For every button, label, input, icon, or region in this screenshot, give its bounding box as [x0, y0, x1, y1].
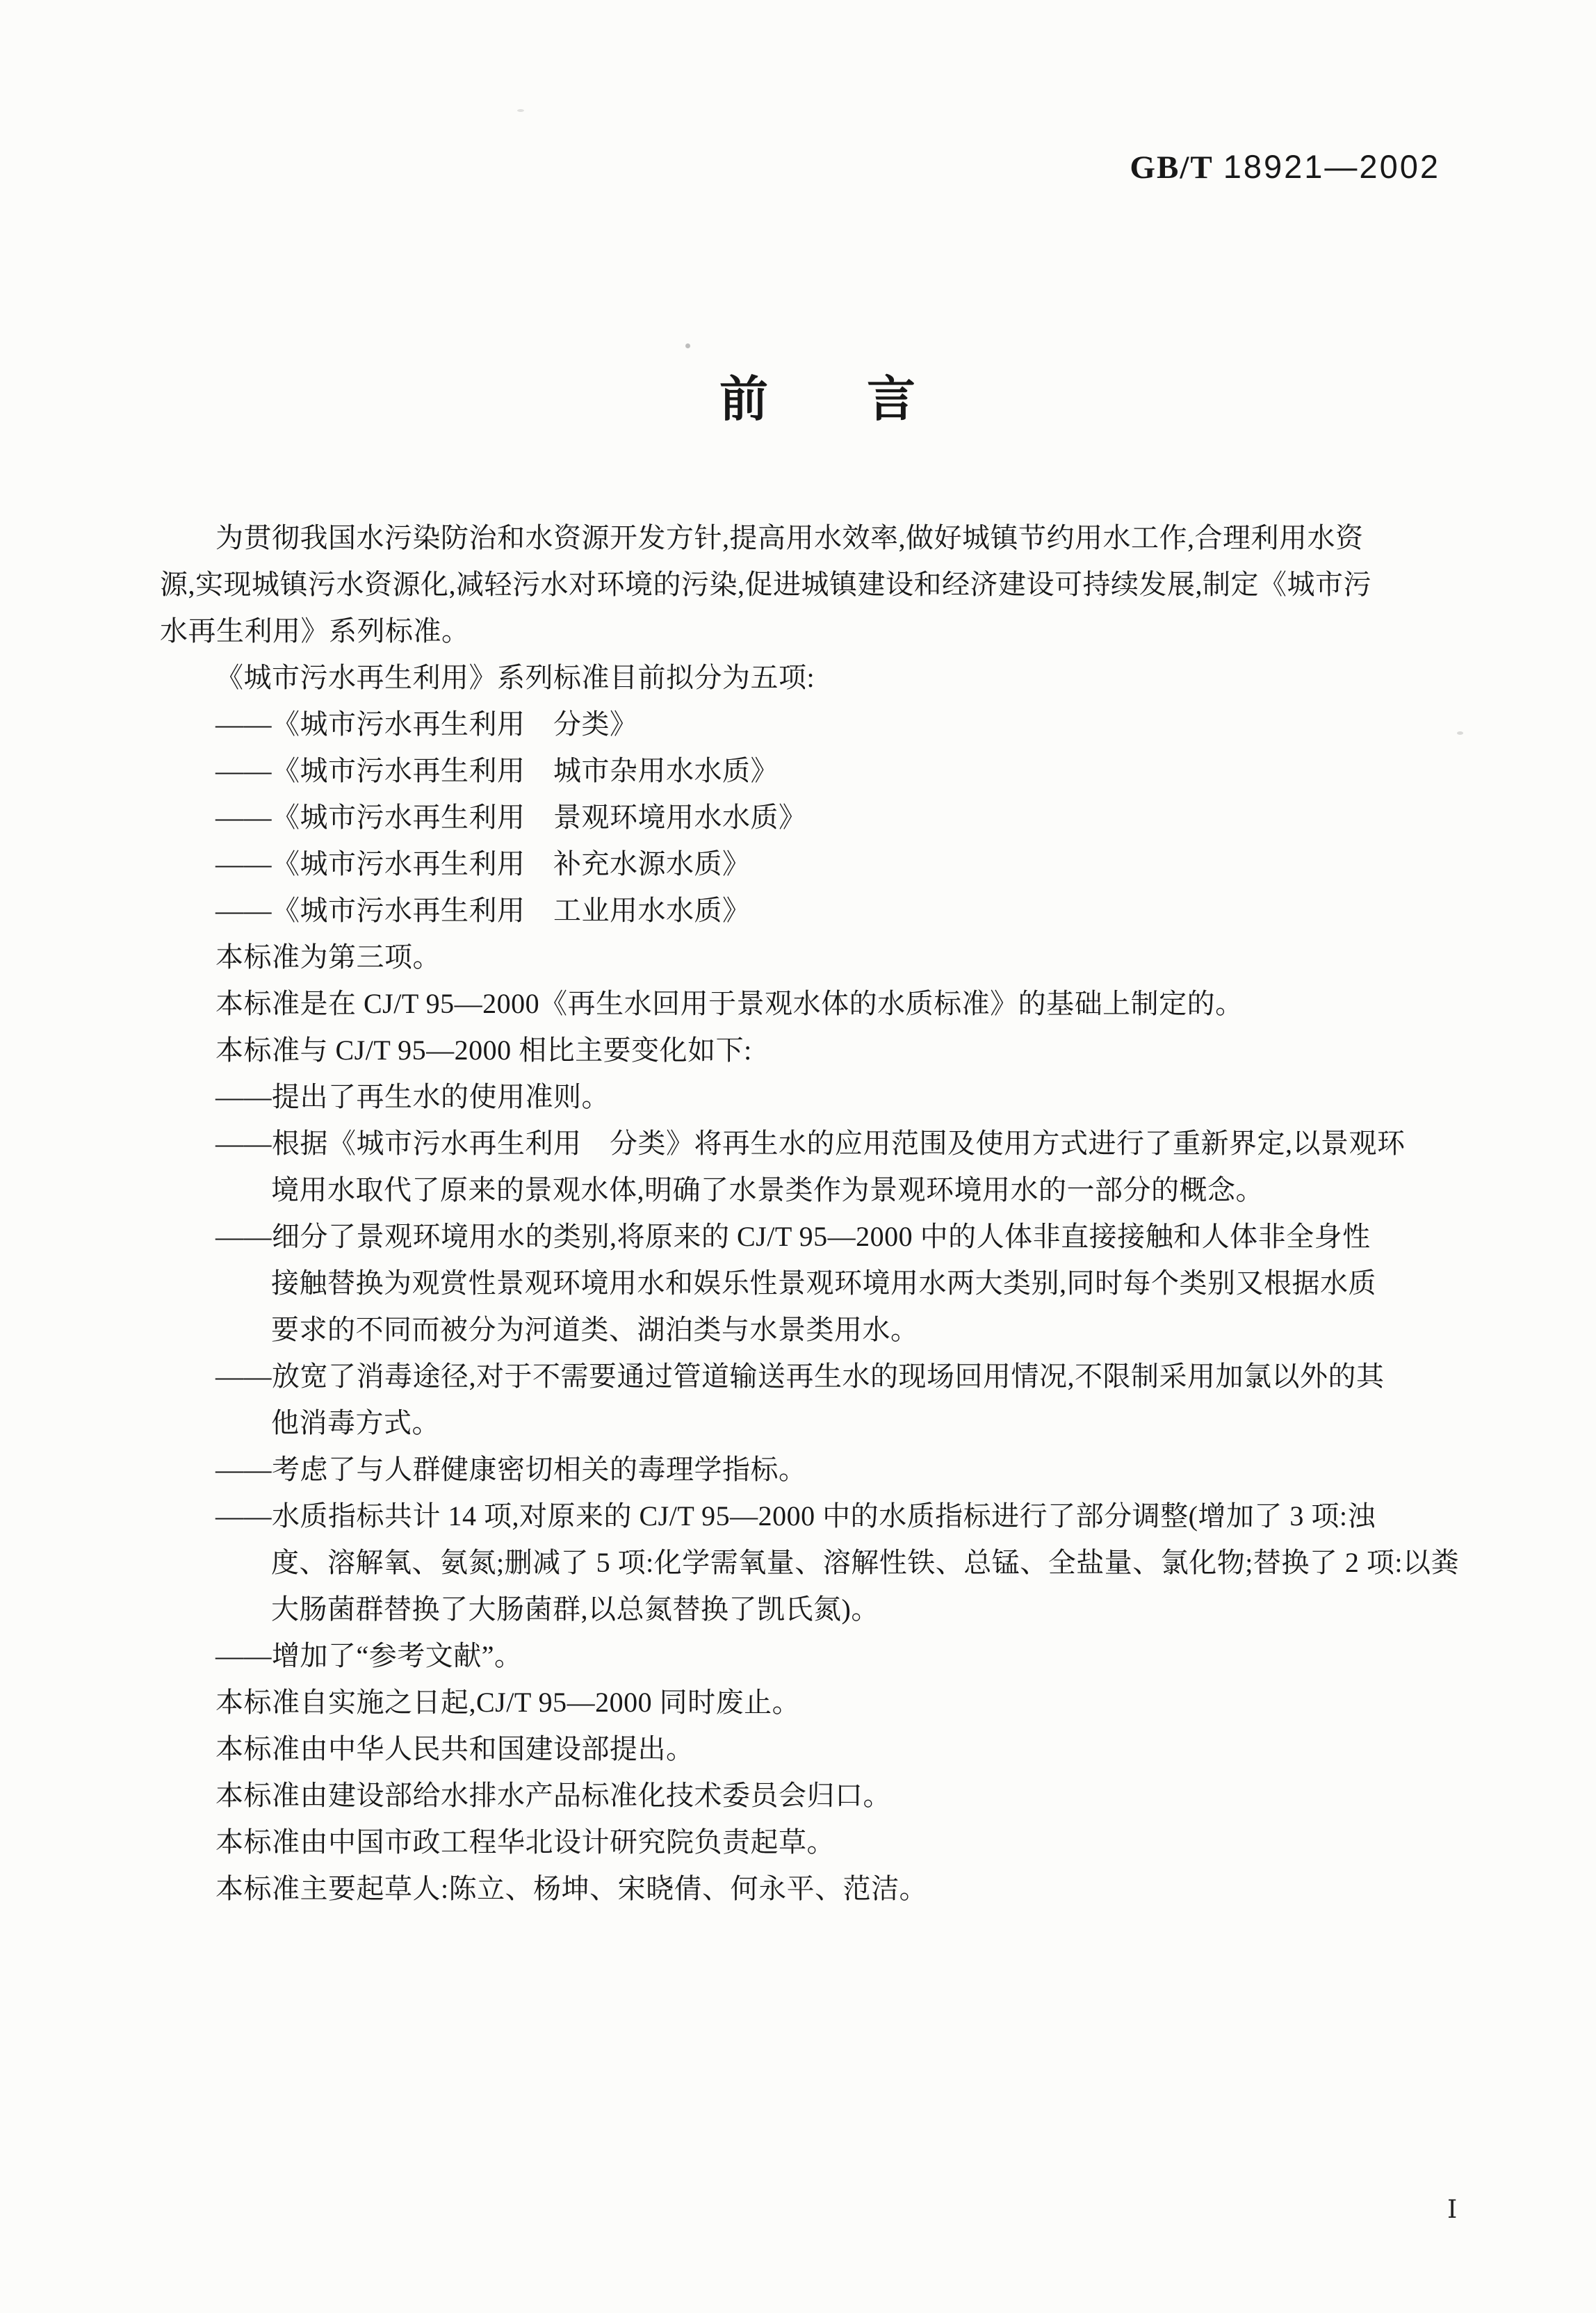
- page-number: Ⅰ: [1447, 2196, 1457, 2223]
- scan-speck: [685, 343, 690, 348]
- title-char-second: 言: [867, 372, 915, 426]
- text-line: 境用水取代了原来的景观水体,明确了水景类作为景观环境用水的一部分的概念。: [160, 1167, 1444, 1213]
- text-line: 要求的不同而被分为河道类、湖泊类与水景类用水。: [160, 1306, 1444, 1353]
- text-line: 本标准是在 CJ/T 95—2000《再生水回用于景观水体的水质标准》的基础上制…: [160, 980, 1444, 1027]
- title-char-first: 前: [719, 372, 768, 426]
- scan-speck: [1457, 731, 1463, 735]
- standard-code-number: 18921—2002: [1223, 148, 1440, 185]
- text-line: ——《城市污水再生利用 工业用水水质》: [160, 887, 1444, 934]
- text-line: 水再生利用》系列标准。: [160, 608, 1444, 654]
- page-title: 前言: [19, 367, 1596, 431]
- text-line: ——放宽了消毒途径,对于不需要通过管道输送再生水的现场回用情况,不限制采用加氯以…: [160, 1353, 1444, 1399]
- document-page: GB/T18921—2002 前言 为贯彻我国水污染防治和水资源开发方针,提高用…: [0, 0, 1596, 2313]
- text-line: ——细分了景观环境用水的类别,将原来的 CJ/T 95—2000 中的人体非直接…: [160, 1213, 1444, 1260]
- text-line: ——提出了再生水的使用准则。: [160, 1073, 1444, 1120]
- text-line: 大肠菌群替换了大肠菌群,以总氮替换了凯氏氮)。: [160, 1586, 1444, 1632]
- standard-code-prefix: GB/T: [1130, 149, 1213, 186]
- text-line: 本标准与 CJ/T 95—2000 相比主要变化如下:: [160, 1027, 1444, 1073]
- text-line: ——水质指标共计 14 项,对原来的 CJ/T 95—2000 中的水质指标进行…: [160, 1493, 1444, 1539]
- standard-code: GB/T18921—2002: [1130, 147, 1440, 187]
- text-line: ——增加了“参考文献”。: [160, 1632, 1444, 1679]
- scan-speck: [517, 109, 524, 112]
- text-line: 本标准为第三项。: [160, 934, 1444, 980]
- text-line: ——《城市污水再生利用 补充水源水质》: [160, 841, 1444, 887]
- text-line: ——《城市污水再生利用 城市杂用水水质》: [160, 747, 1444, 794]
- text-line: 度、溶解氧、氨氮;删减了 5 项:化学需氧量、溶解性铁、总锰、全盐量、氯化物;替…: [160, 1539, 1444, 1586]
- text-line: ——考虑了与人群健康密切相关的毒理学指标。: [160, 1446, 1444, 1493]
- text-line: 本标准由中华人民共和国建设部提出。: [160, 1726, 1444, 1772]
- text-line: 本标准主要起草人:陈立、杨坤、宋晓倩、何永平、范洁。: [160, 1865, 1444, 1912]
- text-line: ——《城市污水再生利用 分类》: [160, 701, 1444, 747]
- text-line: 本标准由中国市政工程华北设计研究院负责起草。: [160, 1819, 1444, 1865]
- text-line: 接触替换为观赏性景观环境用水和娱乐性景观环境用水两大类别,同时每个类别又根据水质: [160, 1260, 1444, 1306]
- text-line: 本标准由建设部给水排水产品标准化技术委员会归口。: [160, 1772, 1444, 1819]
- text-line: ——《城市污水再生利用 景观环境用水水质》: [160, 794, 1444, 841]
- text-line: 源,实现城镇污水资源化,减轻污水对环境的污染,促进城镇建设和经济建设可持续发展,…: [160, 561, 1444, 608]
- text-line: 《城市污水再生利用》系列标准目前拟分为五项:: [160, 654, 1444, 701]
- text-line: 本标准自实施之日起,CJ/T 95—2000 同时废止。: [160, 1679, 1444, 1726]
- text-line: 为贯彻我国水污染防治和水资源开发方针,提高用水效率,做好城镇节约用水工作,合理利…: [160, 514, 1444, 561]
- text-line: ——根据《城市污水再生利用 分类》将再生水的应用范围及使用方式进行了重新界定,以…: [160, 1120, 1444, 1167]
- text-line: 他消毒方式。: [160, 1399, 1444, 1446]
- foreword-body: 为贯彻我国水污染防治和水资源开发方针,提高用水效率,做好城镇节约用水工作,合理利…: [160, 514, 1444, 1912]
